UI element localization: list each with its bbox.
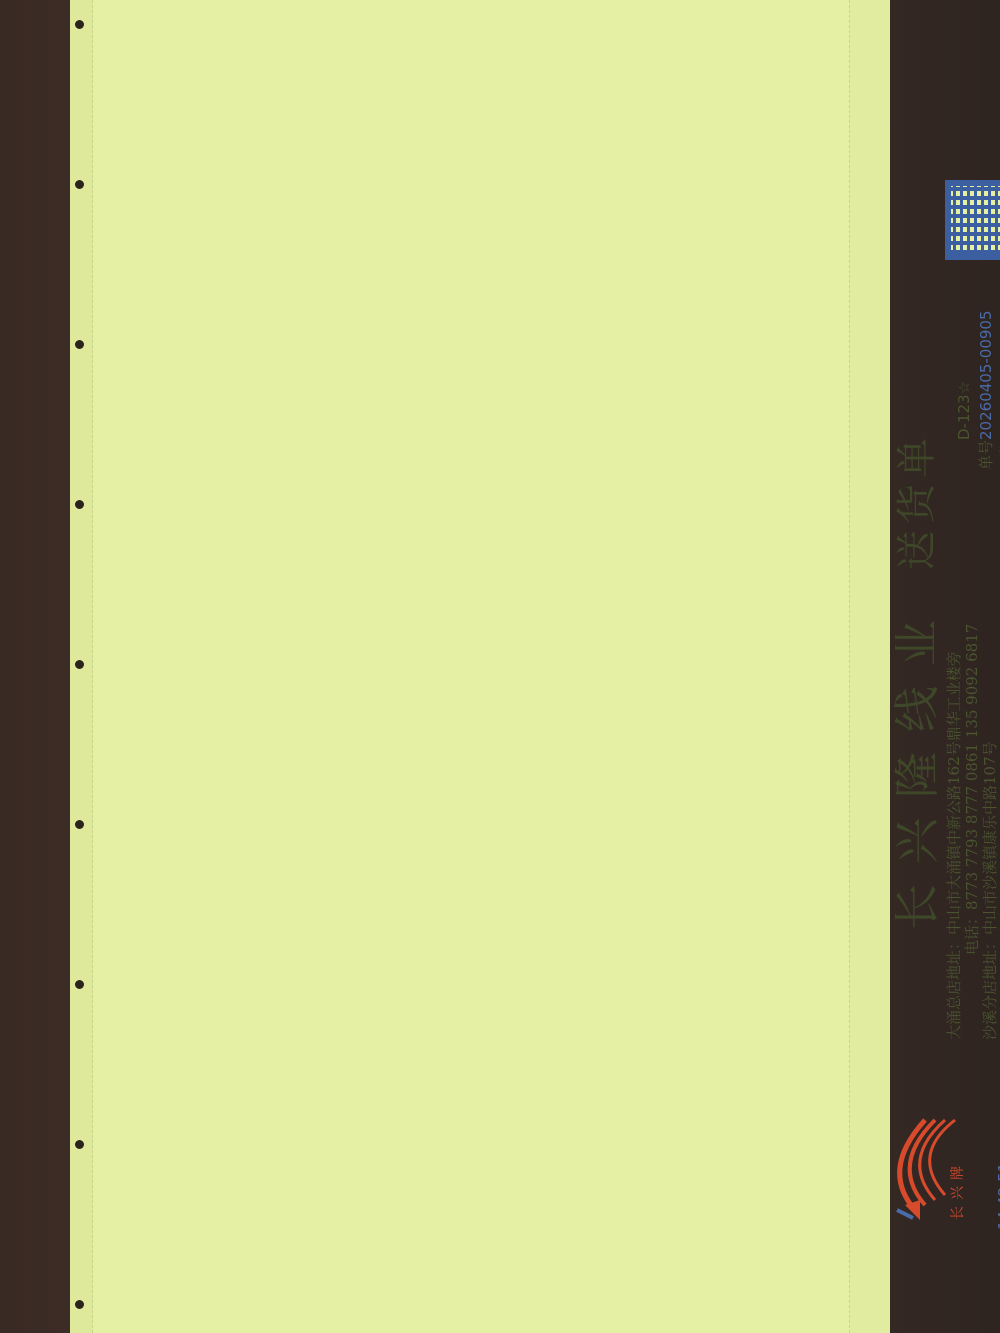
document-code: D-123☆ [955, 381, 973, 440]
perforation-hole [75, 180, 84, 189]
order-number: 单号20260405-00905 [975, 311, 996, 471]
company-name: 长兴隆线业 [881, 600, 947, 930]
perforation-hole [75, 660, 84, 669]
document-type: 送货单 [885, 432, 942, 570]
print-time: 14:42:51 [995, 1163, 1000, 1230]
perforation-hole [75, 340, 84, 349]
brand-logo-text: 长兴牌 [947, 1160, 967, 1220]
perforation-hole [75, 980, 84, 989]
rooster-logo-icon [885, 1100, 985, 1230]
delivery-note: 长兴牌 长兴隆线业 送货单 大涌总店地址：中山市大涌镇中新公路162号鼎华工业楼… [875, 90, 1000, 1290]
order-date: 日期：2026-04-05 [995, 329, 1000, 470]
perforation-hole [75, 500, 84, 509]
perforation-hole [75, 820, 84, 829]
qr-code-icon [945, 180, 1000, 260]
delivery-note-paper [70, 0, 890, 1333]
perforation-hole [75, 1300, 84, 1309]
perforation-hole [75, 1140, 84, 1149]
perforation-hole [867, 1300, 876, 1309]
perforation-hole [867, 20, 876, 29]
perforation-hole [75, 20, 84, 29]
